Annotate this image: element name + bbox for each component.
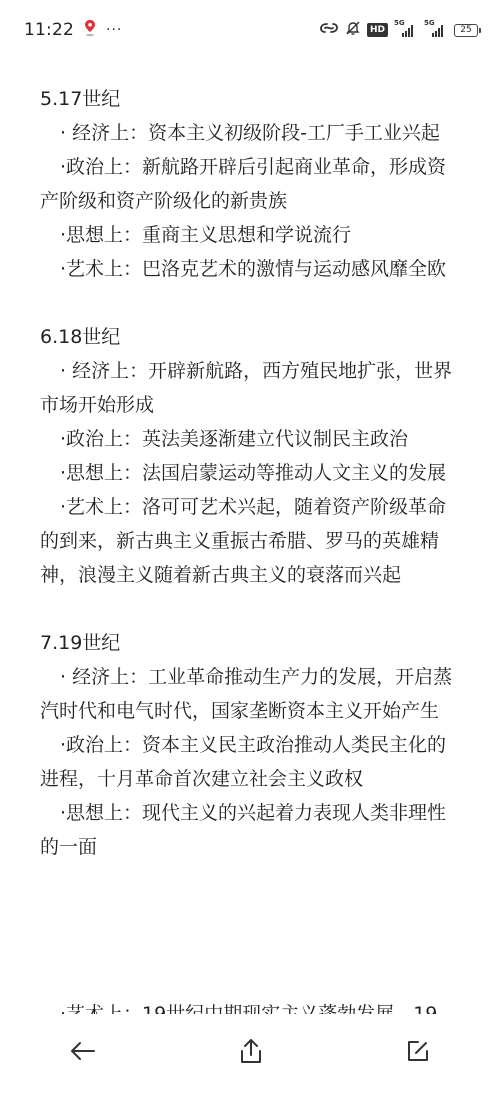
status-bar: 11:22 ··· HD 5G 5G 25 xyxy=(0,0,500,60)
list-item-thought: ·思想上：现代主义的兴起着力表现人类非理性的一面 xyxy=(40,796,465,864)
clock: 11:22 xyxy=(24,20,74,40)
signal-5g-2-icon: 5G xyxy=(424,23,448,37)
section-title: 6.18世纪 xyxy=(40,320,465,354)
status-bar-right: HD 5G 5G 25 xyxy=(319,20,478,40)
mute-bell-icon xyxy=(345,20,361,40)
section-title: 7.19世纪 xyxy=(40,626,465,660)
link-icon xyxy=(319,20,339,40)
share-icon xyxy=(239,1038,263,1064)
back-arrow-icon xyxy=(70,1041,96,1061)
list-item-politics: ·政治上：英法美逐渐建立代议制民主政治 xyxy=(40,422,465,456)
section-18th-century: 6.18世纪 · 经济上：开辟新航路，西方殖民地扩张，世界市场开始形成 ·政治上… xyxy=(40,320,465,592)
edit-icon xyxy=(406,1039,430,1063)
more-notifications-icon: ··· xyxy=(106,22,122,38)
bottom-toolbar xyxy=(0,1014,500,1099)
note-content[interactable]: 5.17世纪 · 经济上：资本主义初级阶段-工厂手工业兴起 ·政治上：新航路开辟… xyxy=(40,82,465,898)
status-bar-left: 11:22 ··· xyxy=(24,19,122,41)
location-icon xyxy=(84,19,96,41)
share-button[interactable] xyxy=(236,1036,266,1066)
list-item-art: ·艺术上：洛可可艺术兴起，随着资产阶级革命的到来，新古典主义重振古希腊、罗马的英… xyxy=(40,490,465,592)
section-title: 5.17世纪 xyxy=(40,82,465,116)
list-item-economy: · 经济上：资本主义初级阶段-工厂手工业兴起 xyxy=(40,116,465,150)
list-item-politics: ·政治上：新航路开辟后引起商业革命，形成资产阶级和资产阶级化的新贵族 xyxy=(40,150,465,218)
list-item-economy: · 经济上：工业革命推动生产力的发展，开启蒸汽时代和电气时代，国家垄断资本主义开… xyxy=(40,660,465,728)
section-17th-century: 5.17世纪 · 经济上：资本主义初级阶段-工厂手工业兴起 ·政治上：新航路开辟… xyxy=(40,82,465,286)
section-19th-century: 7.19世纪 · 经济上：工业革命推动生产力的发展，开启蒸汽时代和电气时代，国家… xyxy=(40,626,465,864)
edit-button[interactable] xyxy=(403,1036,433,1066)
signal-5g-1-icon: 5G xyxy=(394,23,418,37)
list-item-economy: · 经济上：开辟新航路，西方殖民地扩张，世界市场开始形成 xyxy=(40,354,465,422)
back-button[interactable] xyxy=(68,1036,98,1066)
list-item-politics: ·政治上：资本主义民主政治推动人类民主化的进程，十月革命首次建立社会主义政权 xyxy=(40,728,465,796)
list-item-thought: ·思想上：重商主义思想和学说流行 xyxy=(40,218,465,252)
battery-icon: 25 xyxy=(454,24,478,37)
hd-icon: HD xyxy=(367,23,388,37)
list-item-thought: ·思想上：法国启蒙运动等推动人文主义的发展 xyxy=(40,456,465,490)
list-item-art: ·艺术上：巴洛克艺术的激情与运动感风靡全欧 xyxy=(40,252,465,286)
